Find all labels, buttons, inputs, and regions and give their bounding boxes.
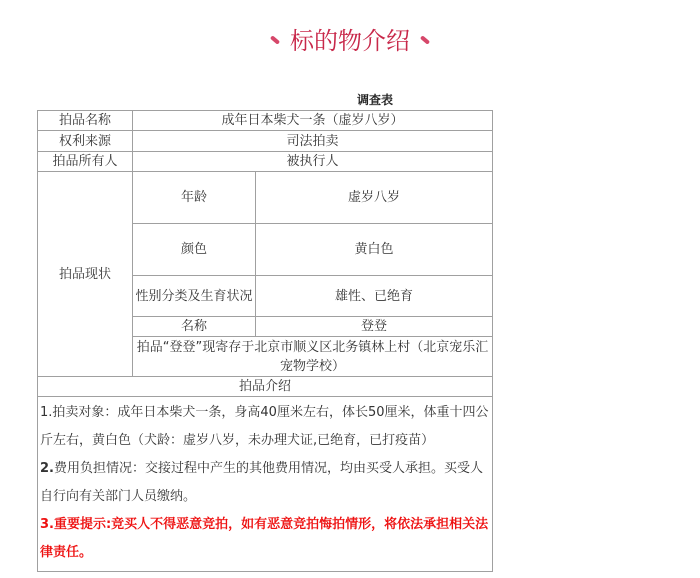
survey-table: 拍品名称 成年日本柴犬一条（虚岁八岁） 权利来源 司法拍卖 拍品所有人 被执行人… — [37, 110, 493, 572]
status-item-value: 登登 — [256, 317, 493, 337]
table-row: 权利来源 司法拍卖 — [38, 131, 493, 152]
table-row: 拍品介绍 — [38, 377, 493, 397]
status-item-label: 年龄 — [133, 172, 256, 224]
status-item-value: 虚岁八岁 — [256, 172, 493, 224]
row-label: 权利来源 — [38, 131, 133, 152]
row-label: 拍品所有人 — [38, 152, 133, 172]
status-item-value: 黄白色 — [256, 224, 493, 276]
intro-item-1: 1.拍卖对象：成年日本柴犬一条，身高40厘米左右，体长50厘米，体重十四公斤左右… — [40, 399, 490, 455]
intro-item-2-number: 2. — [40, 461, 54, 476]
row-value: 被执行人 — [133, 152, 493, 172]
row-value: 司法拍卖 — [133, 131, 493, 152]
section-heading-text: 标的物介绍 — [290, 27, 410, 55]
intro-item-2: 2.费用负担情况：交接过程中产生的其他费用情况，均由买受人承担。买受人自行向有关… — [40, 455, 490, 511]
table-caption: 调查表 — [37, 91, 493, 108]
row-label: 拍品名称 — [38, 111, 133, 131]
section-heading: 标的物介绍 — [0, 24, 700, 58]
status-item-label: 名称 — [133, 317, 256, 337]
status-item-value: 雄性、已绝育 — [256, 276, 493, 317]
decorative-dash-icon — [270, 35, 280, 44]
table-row: 1.拍卖对象：成年日本柴犬一条，身高40厘米左右，体长50厘米，体重十四公斤左右… — [38, 397, 493, 572]
decorative-dash-icon — [420, 35, 430, 44]
intro-body: 1.拍卖对象：成年日本柴犬一条，身高40厘米左右，体长50厘米，体重十四公斤左右… — [38, 397, 493, 572]
table-row: 拍品现状 年龄 虚岁八岁 — [38, 172, 493, 224]
row-value: 成年日本柴犬一条（虚岁八岁） — [133, 111, 493, 131]
status-item-label: 性别分类及生育状况 — [133, 276, 256, 317]
intro-item-2-text: 费用负担情况：交接过程中产生的其他费用情况，均由买受人承担。买受人自行向有关部门… — [40, 461, 483, 504]
status-label: 拍品现状 — [38, 172, 133, 377]
table-row: 拍品所有人 被执行人 — [38, 152, 493, 172]
intro-item-3-warning: 3.重要提示:竞买人不得恶意竞拍，如有恶意竞拍悔拍情形，将依法承担相关法律责任。 — [40, 511, 490, 567]
table-row: 拍品名称 成年日本柴犬一条（虚岁八岁） — [38, 111, 493, 131]
intro-header: 拍品介绍 — [38, 377, 493, 397]
location-note: 拍品“登登”现寄存于北京市顺义区北务镇林上村（北京宠乐汇宠物学校） — [133, 337, 493, 377]
status-item-label: 颜色 — [133, 224, 256, 276]
